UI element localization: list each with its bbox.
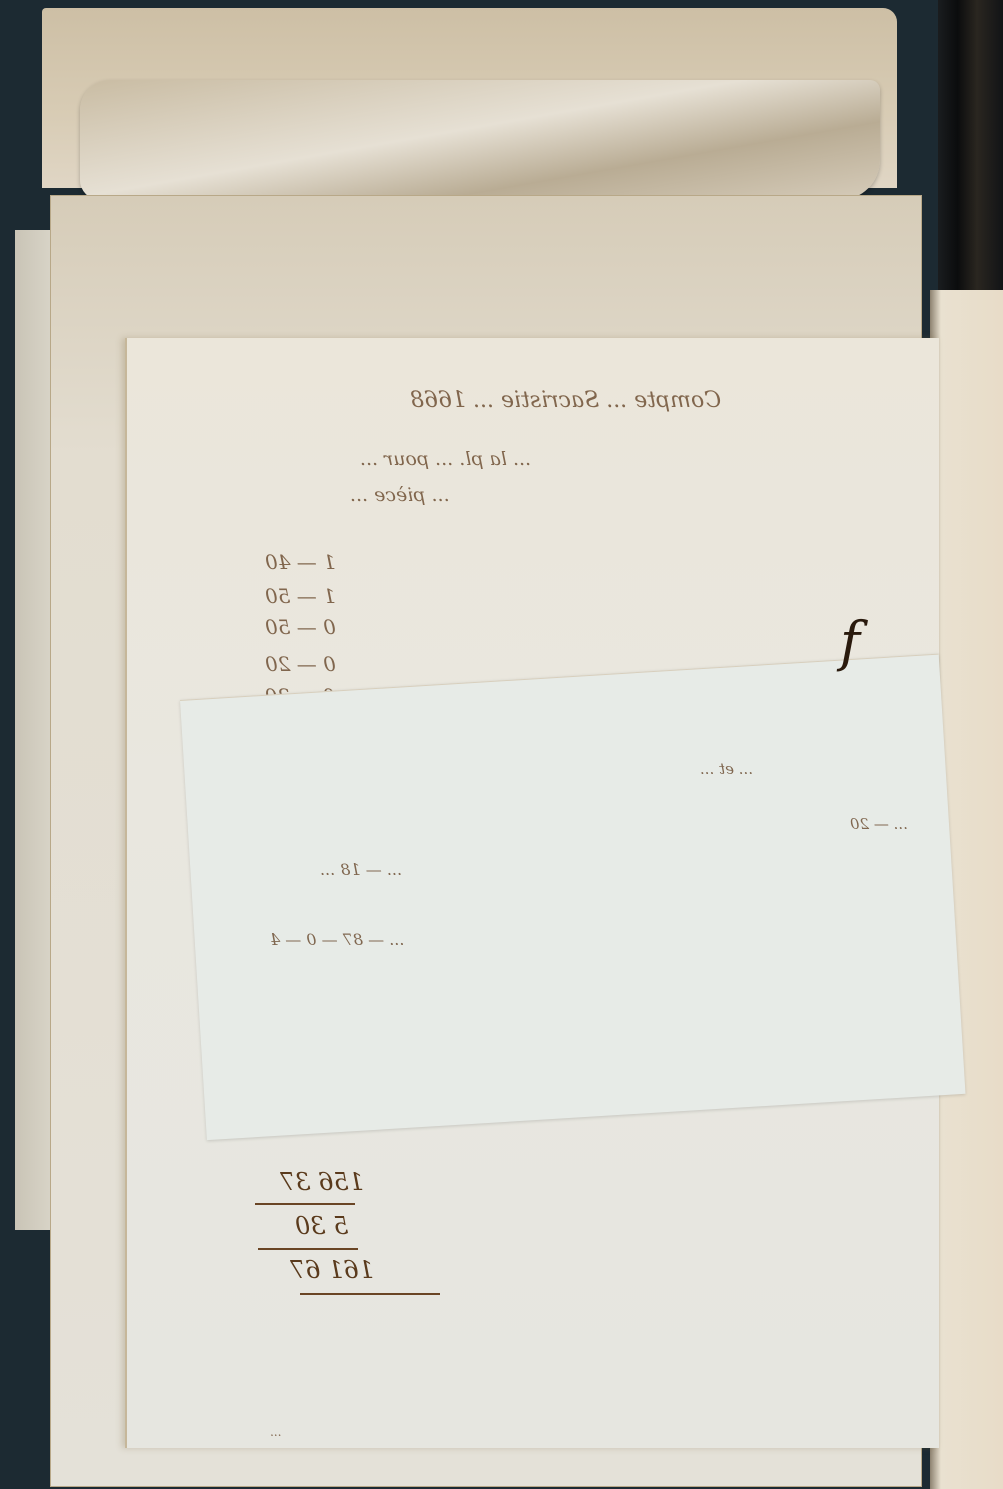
sum-rule bbox=[255, 1203, 355, 1205]
total-line-1: 156 37 bbox=[280, 1168, 364, 1196]
sum-rule bbox=[258, 1248, 358, 1250]
entry-text: ... pièce ... bbox=[350, 484, 450, 506]
total-line-3: 161 67 bbox=[290, 1256, 374, 1284]
entry-amount: 1 — 50 bbox=[265, 584, 336, 608]
pasted-paper-slip bbox=[180, 654, 966, 1141]
sum-rule bbox=[300, 1293, 440, 1295]
entry-amount: 1 — 40 bbox=[265, 550, 336, 574]
footer-mark: ... bbox=[270, 1425, 281, 1439]
slip-line: ... — 87 — 0 — 4 bbox=[270, 930, 405, 949]
crumpled-sheet bbox=[80, 80, 880, 200]
frame-rail bbox=[938, 0, 1003, 330]
entry-amount: 0 — 20 bbox=[265, 652, 336, 676]
document-heading: Compte ... Sacristie ... 1668 bbox=[410, 388, 721, 413]
entry-amount: 0 — 50 bbox=[265, 615, 336, 639]
slip-line: ... — 20 bbox=[850, 815, 908, 833]
slip-line: ... et ... bbox=[700, 760, 753, 778]
total-line-2: 5 30 bbox=[295, 1212, 348, 1240]
entry-text: ... la pl. ... pour ... bbox=[360, 448, 531, 470]
slip-line: ... — 18 ... bbox=[320, 860, 402, 879]
margin-mark: f bbox=[840, 610, 860, 673]
